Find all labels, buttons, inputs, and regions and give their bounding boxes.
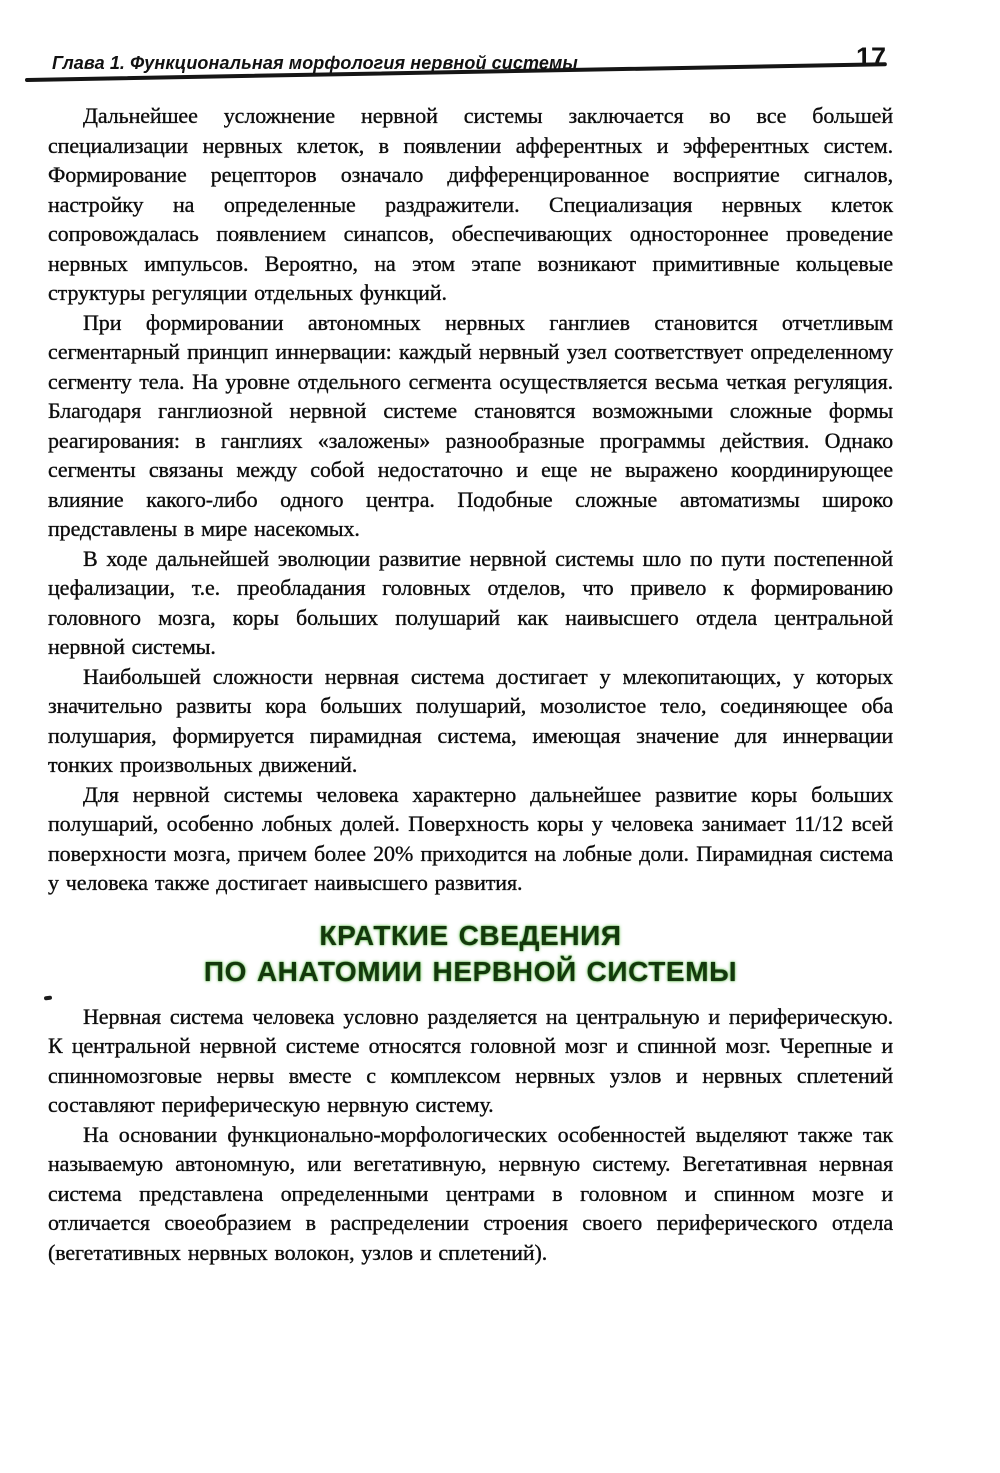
page-body-text: Дальнейшее усложнение нервной системы за… [48, 101, 893, 1267]
paragraph-evolution-cephalization: В ходе дальнейшей эволюции развитие нерв… [48, 544, 893, 662]
paragraph-nervous-system-specialization: Дальнейшее усложнение нервной системы за… [48, 101, 893, 308]
section-heading-line2: ПО АНАТОМИИ НЕРВНОЙ СИСТЕМЫ [204, 956, 737, 987]
paragraph-human-cortex: Для нервной системы человека характерно … [48, 780, 893, 898]
section-heading-anatomy-brief: КРАТКИЕ СВЕДЕНИЯ ПО АНАТОМИИ НЕРВНОЙ СИС… [48, 918, 893, 990]
section-heading-line1: КРАТКИЕ СВЕДЕНИЯ [319, 920, 621, 951]
book-page: Глава 1. Функциональная морфология нервн… [0, 0, 1000, 1473]
paragraph-autonomic-system: На основании функционально-морфологическ… [48, 1120, 893, 1268]
paragraph-mammal-complexity: Наибольшей сложности нервная система дос… [48, 662, 893, 780]
page-number: 17 [856, 42, 886, 73]
paragraph-ganglia-segmental-principle: При формировании автономных нервных ганг… [48, 308, 893, 544]
paragraph-central-peripheral-division: Нервная система человека условно разделя… [48, 1002, 893, 1120]
